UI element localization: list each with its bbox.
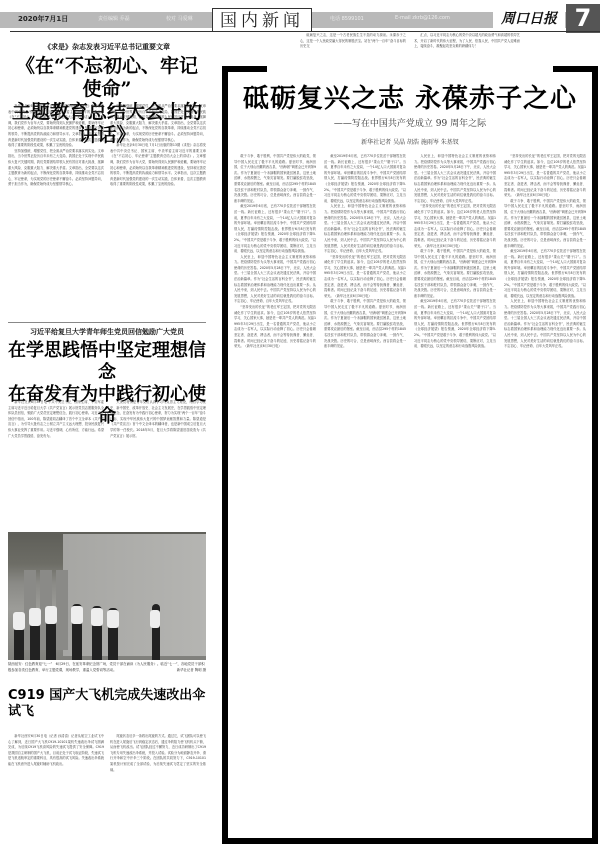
pillar <box>56 570 68 650</box>
feature-body: 敢于斗争、敢于胜利，中国共产党是伟大的政党，领导中国人民走过了极不平凡的道路。夏… <box>234 154 586 834</box>
shirt <box>150 610 160 628</box>
story2-column-1: 新华社北京6月30日电 中共中央总书记、国家主席、中央军委主席习近平近日给复旦大… <box>8 400 104 522</box>
shirt <box>29 608 41 626</box>
feature-column-4: “坚持发出的长征”的老红军王定国，把对党的无限忠诚化作了毕生的追求。如今，这位1… <box>504 154 586 834</box>
news-photo-yanan <box>8 532 206 660</box>
story3-column-1: 新华社西安6月30日电（记者 孙清清）记者从航空工业试飞中心了解到，近日国产大飞… <box>8 734 104 842</box>
feature-byline: 新华社记者 吴晶 胡浩 施雨岑 朱基钗 <box>234 137 586 146</box>
feature-subtitle: ——写在中国共产党成立 99 周年之际 <box>234 116 586 129</box>
frame-right <box>592 66 598 838</box>
memorial-wall <box>63 534 206 656</box>
story1-kicker: 《求是》杂志发表习近平总书记重要文章 <box>8 42 206 52</box>
feature-column-3: 人民至上，彰显中国特色社会主义制度的优势和伟力。把疫情防控作为头等大事来抓，中国… <box>414 154 496 834</box>
story2-body: 新华社北京6月30日电 中共中央总书记、国家主席、中央军委主席习近平近日给复旦大… <box>8 400 206 522</box>
story2-headline-line1: 在学思践悟中坚定理想信念 <box>8 340 206 384</box>
story-divider <box>8 322 206 323</box>
shirt <box>71 606 83 624</box>
feature-intro-column-1: 砥砺复兴之志，这是一个古老民族生生不息的动力源泉。永葆赤子之心，这是一个人民政党… <box>300 33 406 66</box>
paper-name-logo: 周口日报 <box>493 8 565 30</box>
page-number: 7 <box>566 4 600 33</box>
photo-caption: 陕西延安：红色教育迎“七一” 6月29日，在延安革命纪念馆广场，党员干部在诵读《… <box>8 662 206 673</box>
frame-bottom <box>222 838 598 844</box>
story3-body: 新华社西安6月30日电（记者 孙清清）记者从航空工业试飞中心了解到，近日国产大飞… <box>8 734 206 842</box>
story2-column-2: 大党员特别是青年党员认真学习马克思主义理论，结合学习党史、新中国史、改革开放史、… <box>110 400 206 522</box>
photo-credit: 新华社记者 陶明 摄 <box>177 668 206 674</box>
phone-number: 电话 8599101 <box>330 15 364 22</box>
story2-kicker: 习近平给复旦大学青年师生党员回信勉励广大党员 <box>8 327 206 337</box>
feature-column-1: 敢于斗争、敢于胜利，中国共产党是伟大的政党，领导中国人民走过了极不平凡的道路。夏… <box>234 154 316 834</box>
story1-body: 新华社北京6月30日电 7月1日出版的第13期《求是》杂志将发表中共中央总书记、… <box>8 104 206 316</box>
proofreader-credit: 校对 马爱琳 <box>166 15 193 22</box>
section-title: 国内新闻 <box>212 8 312 32</box>
shirt <box>13 612 25 630</box>
header-rule <box>10 31 600 32</box>
email-address: E-mail zkrb@126.com <box>395 15 450 21</box>
feature-intro: 砥砺复兴之志，这是一个古老民族生生不息的动力源泉。永葆赤子之心，这是一个人民政党… <box>300 33 520 66</box>
story3-column-2: 尾旋状态后多一条救出尾旋的方式。通过它，试飞团队可以使飞机在进入尾旋后飞行到稳定… <box>110 734 206 842</box>
editor-credit: 责任编辑 乔磊 <box>98 15 130 22</box>
caption-text: 陕西延安：红色教育迎“七一” 6月29日，在延安革命纪念馆广场，党员干部在诵读《… <box>8 662 205 672</box>
feature-article: 砥砺复兴之志 永葆赤子之心 ——写在中国共产党成立 99 周年之际 新华社记者 … <box>222 66 598 844</box>
feature-intro-column-2: 汇点，以习近平同志为核心的党中央以超凡的政治勇气和高超的领导艺术，开启了新时代的… <box>414 33 520 66</box>
shirt <box>91 608 103 626</box>
story-c919: C919 国产大飞机完成失速改出伞试飞 <box>8 688 206 720</box>
shirt <box>107 610 119 628</box>
story1-column-1: 新华社北京6月30日电 7月1日出版的第13期《求是》杂志将发表中共中央总书记、… <box>8 104 104 316</box>
frame-left <box>222 66 228 838</box>
story1-headline-line1: 《在“不忘初心、牢记使命” <box>8 55 206 101</box>
issue-date: 2020年7月1日 <box>18 14 68 24</box>
feature-column-2: 截至2019年6月底，已有770多位扶贫干部牺牲在扶贫一线。新长征路上，还有很多… <box>324 154 406 834</box>
story1-column-2: 坚持加强统、增强党性、把全面从严治党要求落实到实处。文章指出，当今世界正经历百年… <box>110 104 206 316</box>
story3-headline: C919 国产大飞机完成失速改出伞试飞 <box>8 688 206 720</box>
shirt <box>45 606 57 624</box>
feature-title: 砥砺复兴之志 永葆赤子之心 <box>234 84 586 114</box>
